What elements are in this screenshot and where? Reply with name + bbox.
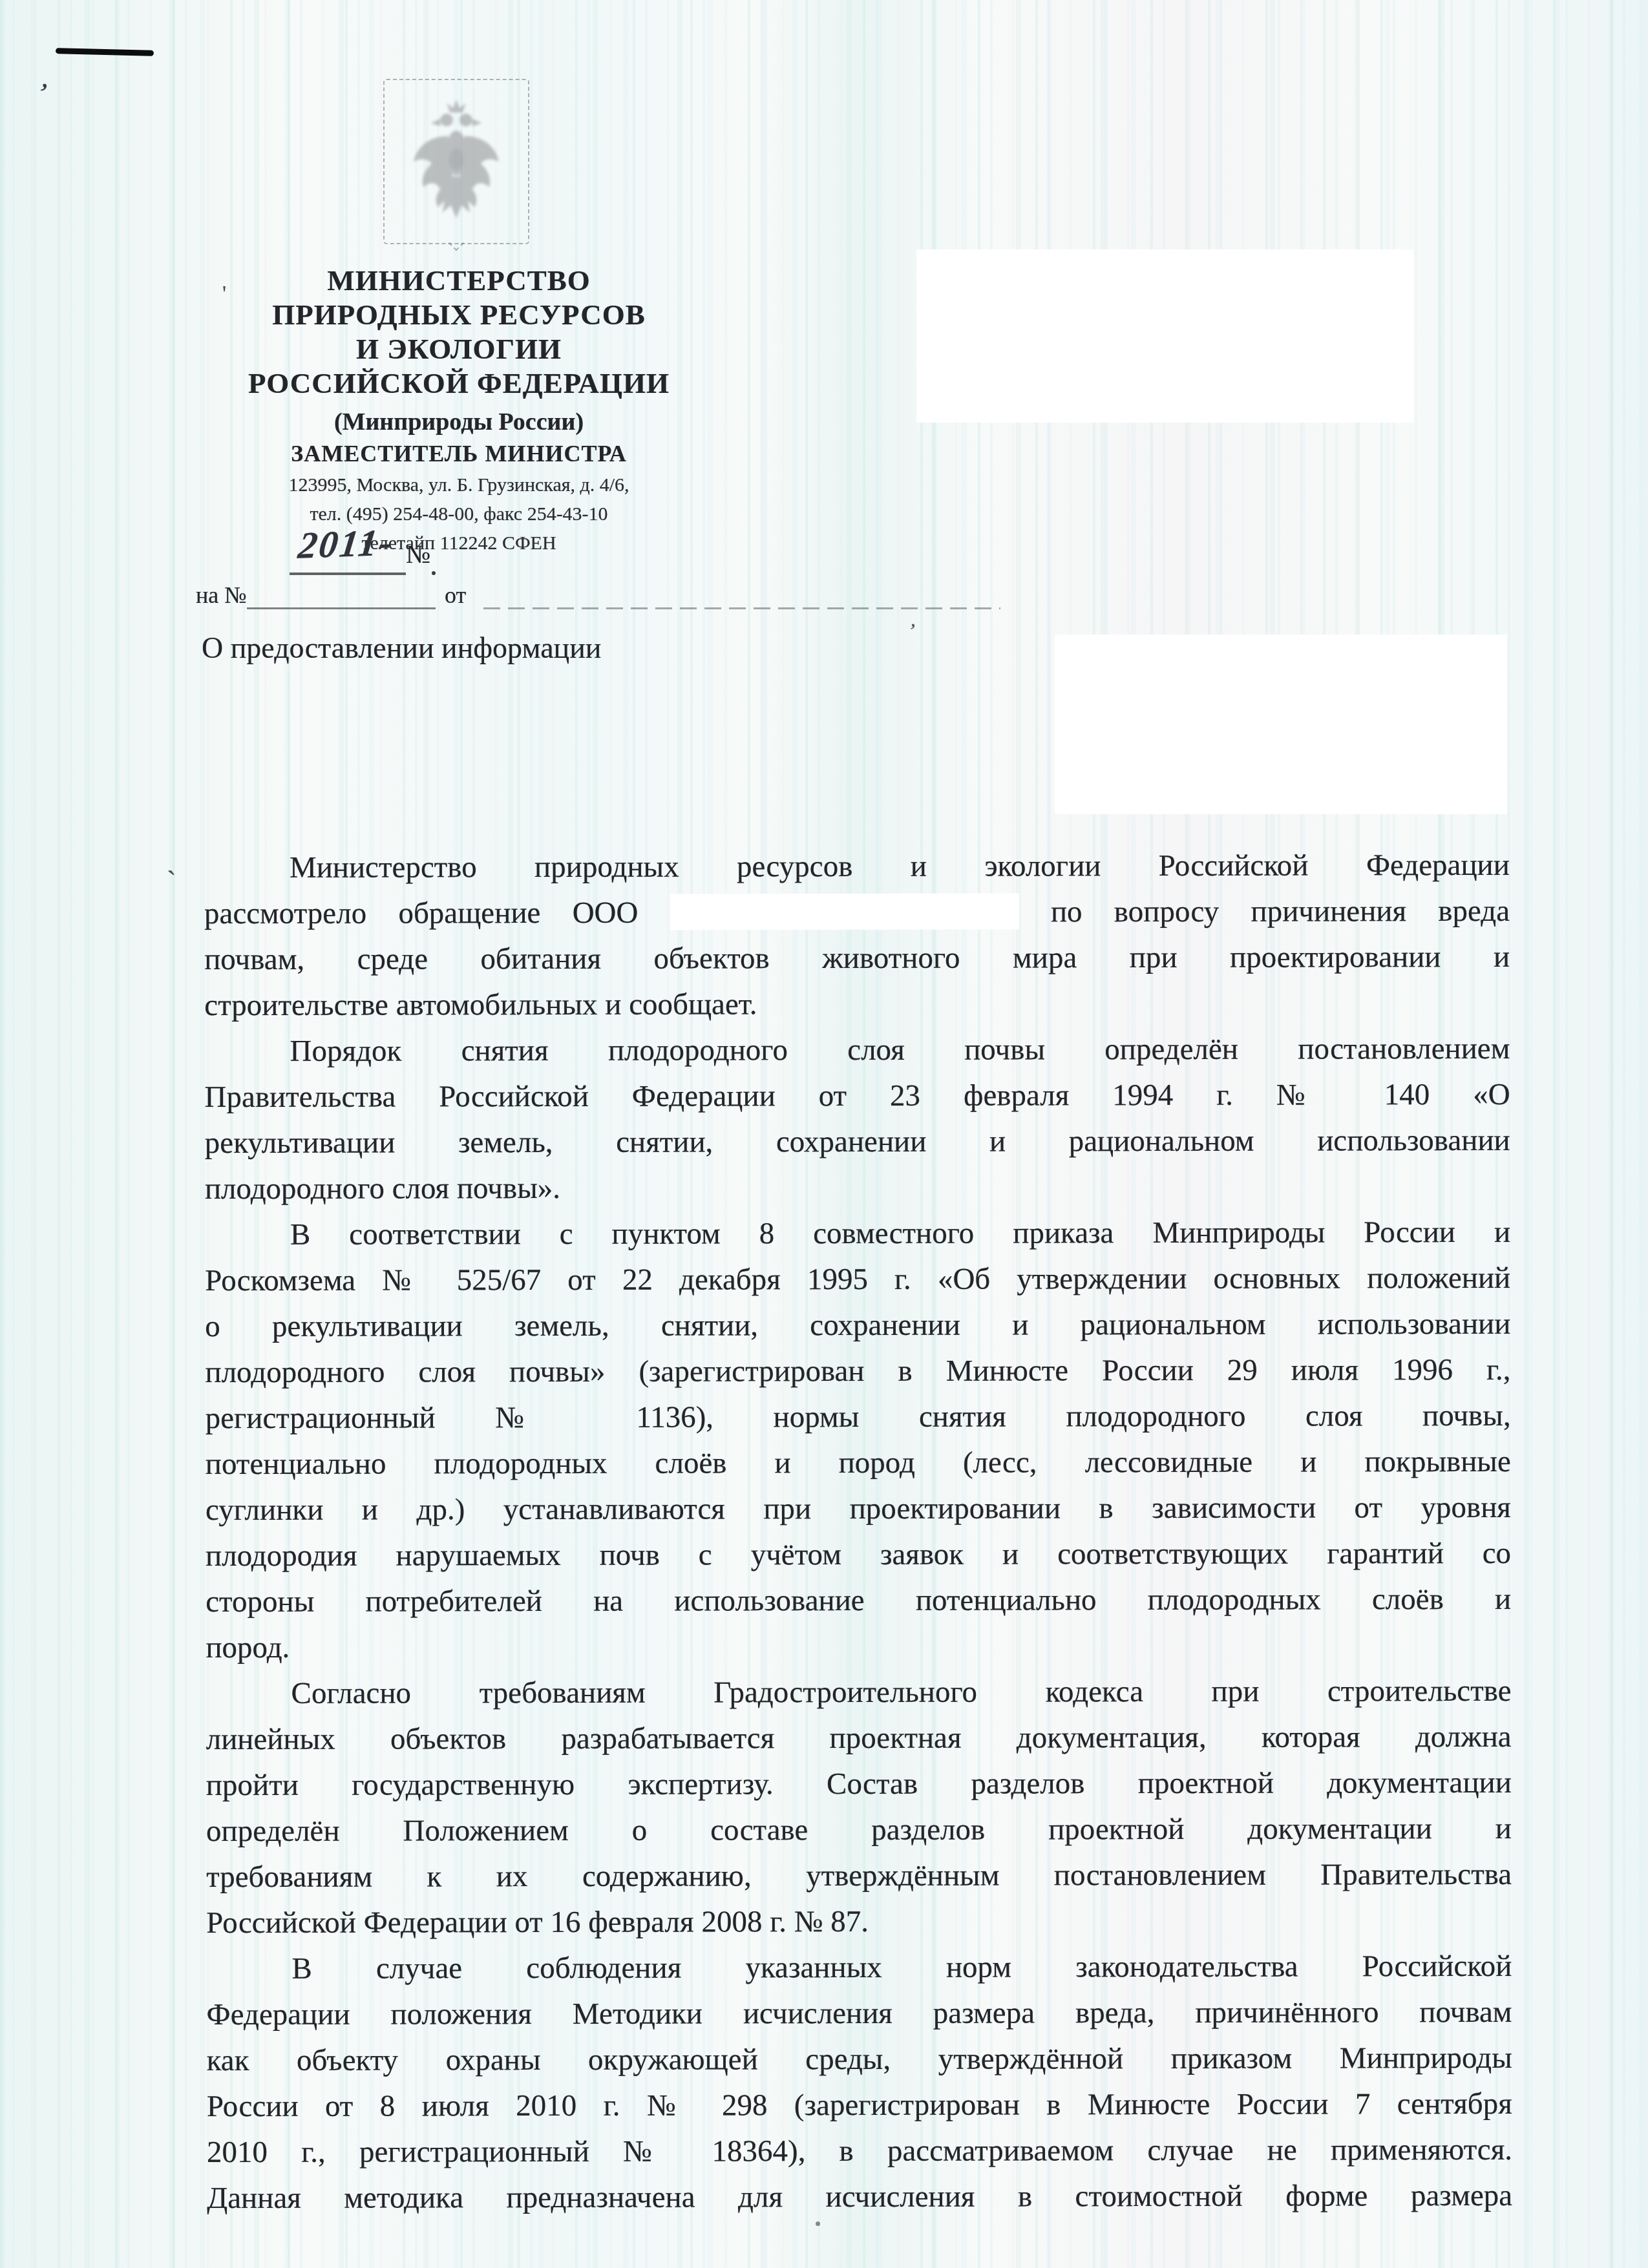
body-line: пройти государственную экспертизу. Соста… bbox=[206, 1760, 1512, 1809]
body-text: Министерство природных ресурсов и эколог… bbox=[204, 843, 1512, 2221]
scan-artifact-corner-line bbox=[56, 48, 154, 56]
body-line: стороны потребителей на использование по… bbox=[206, 1577, 1511, 1625]
date-underline bbox=[290, 572, 406, 575]
scan-artifact-dot bbox=[816, 2221, 820, 2226]
body-line: потенциально плодородных слоёв и пород (… bbox=[206, 1439, 1511, 1487]
subject-line: О предоставлении информации bbox=[202, 631, 601, 665]
address-line: тел. (495) 254-48-00, факс 254-43-10 bbox=[207, 502, 711, 526]
reply-number-underline bbox=[247, 607, 436, 609]
ministry-name-line: И ЭКОЛОГИИ bbox=[207, 332, 711, 366]
scan-artifact-tick: ’ bbox=[907, 618, 917, 643]
letterhead: МИНИСТЕРСТВО ПРИРОДНЫХ РЕСУРСОВ И ЭКОЛОГ… bbox=[207, 264, 711, 555]
body-line: Министерство природных ресурсов и эколог… bbox=[204, 843, 1510, 891]
body-line: о рекультивации земель, снятии, сохранен… bbox=[205, 1301, 1510, 1350]
scan-artifact-backtick: ` bbox=[167, 865, 176, 898]
body-line: Правительства Российской Федерации от 23… bbox=[205, 1072, 1510, 1120]
body-line: строительстве автомобильных и сообщает. bbox=[204, 980, 1510, 1029]
scan-artifact-comma: ’ bbox=[33, 76, 52, 111]
address-line: телетайп 112242 СФЕН bbox=[207, 531, 711, 555]
body-line: рассмотрело обращение ООО по вопросу при… bbox=[204, 888, 1510, 937]
body-paragraph: Порядок снятия плодородного слоя почвы о… bbox=[204, 1026, 1510, 1212]
body-line: плодородия нарушаемых почв с учётом заяв… bbox=[206, 1531, 1511, 1579]
body-line: регистрационный № 1136), нормы снятия пл… bbox=[206, 1393, 1511, 1442]
body-paragraph: В соответствии с пунктом 8 совместного п… bbox=[205, 1210, 1511, 1671]
handwritten-date: 2011- bbox=[296, 520, 396, 567]
position-title: ЗАМЕСТИТЕЛЬ МИНИСТРА bbox=[207, 439, 711, 468]
body-line: Данная методика предназначена для исчисл… bbox=[207, 2173, 1512, 2221]
body-line: Российской Федерации от 16 февраля 2008 … bbox=[206, 1898, 1512, 1946]
body-paragraph: В случае соблюдения указанных норм закон… bbox=[206, 1944, 1512, 2221]
body-line: суглинки и др.) устанавливаются при прое… bbox=[206, 1485, 1511, 1533]
body-line: требованиям к их содержанию, утверждённы… bbox=[206, 1852, 1512, 1900]
redacted-block bbox=[916, 249, 1414, 423]
body-paragraph: Согласно требованиям Градостроительного … bbox=[206, 1668, 1512, 1946]
reply-date-underline bbox=[483, 607, 1000, 609]
body-line: как объекту охраны окружающей среды, утв… bbox=[207, 2035, 1512, 2084]
number-label: № bbox=[406, 539, 430, 569]
redacted-block bbox=[1055, 635, 1507, 814]
body-line: Федерации положения Методики исчисления … bbox=[206, 1990, 1512, 2038]
ministry-name-line: РОССИЙСКОЙ ФЕДЕРАЦИИ bbox=[207, 366, 711, 401]
emblem-box bbox=[383, 79, 529, 244]
scan-artifact-tick: ' bbox=[222, 282, 226, 306]
body-line: Порядок снятия плодородного слоя почвы о… bbox=[204, 1026, 1510, 1075]
body-paragraph: Министерство природных ресурсов и эколог… bbox=[204, 843, 1510, 1029]
scanned-letter-page: ’ ' ’ ` МИНИСТЕРСТВО bbox=[0, 0, 1648, 2268]
body-line: пород. bbox=[206, 1622, 1511, 1671]
body-line: Согласно требованиям Градостроительного … bbox=[206, 1668, 1511, 1717]
body-line: линейных объектов разрабатывается проект… bbox=[206, 1714, 1512, 1763]
ministry-name-line: ПРИРОДНЫХ РЕСУРСОВ bbox=[207, 298, 711, 332]
number-dot-mark bbox=[432, 571, 436, 575]
body-line: почвам, среде обитания объектов животног… bbox=[204, 934, 1510, 983]
redacted-inline-gap bbox=[670, 893, 1019, 930]
ministry-name-line: МИНИСТЕРСТВО bbox=[207, 264, 711, 298]
body-line: В случае соблюдения указанных норм закон… bbox=[206, 1944, 1512, 1992]
body-line: В соответствии с пунктом 8 совместного п… bbox=[205, 1210, 1510, 1258]
reply-date-label: от bbox=[445, 582, 466, 609]
body-line: определён Положением о составе разделов … bbox=[206, 1806, 1512, 1854]
russia-coat-of-arms-icon bbox=[403, 98, 510, 226]
address-line: 123995, Москва, ул. Б. Грузинская, д. 4/… bbox=[207, 473, 711, 497]
ministry-short-name: (Минприроды России) bbox=[207, 407, 711, 437]
body-line: плодородного слоя почвы». bbox=[205, 1164, 1510, 1212]
body-line: 2010 г., регистрационный № 18364), в рас… bbox=[207, 2127, 1512, 2176]
body-line: плодородного слоя почвы» (зарегистрирова… bbox=[205, 1347, 1510, 1396]
body-line: рекультивации земель, снятии, сохранении… bbox=[205, 1118, 1510, 1166]
body-line: Роскомзема № 525/67 от 22 декабря 1995 г… bbox=[205, 1255, 1510, 1304]
body-line: России от 8 июля 2010 г. № 298 (зарегист… bbox=[207, 2081, 1512, 2130]
reply-number-label: на № bbox=[196, 582, 247, 609]
